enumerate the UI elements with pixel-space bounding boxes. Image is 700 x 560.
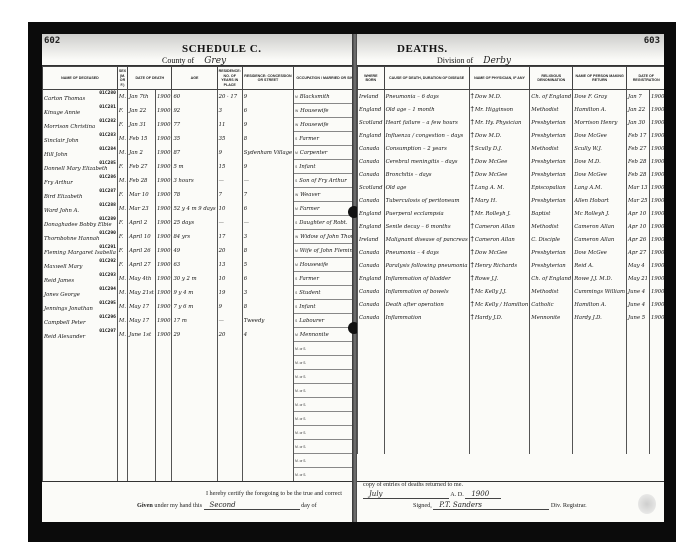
sex: F. (117, 160, 127, 174)
certify-text: I hereby certify the foregoing to be the… (137, 490, 342, 497)
blank-cell (117, 384, 127, 398)
death-date: Feb 15 (128, 132, 156, 146)
blank-cell (469, 363, 530, 376)
blank-row: M. or S. (43, 384, 355, 398)
attending-mark: † (471, 288, 474, 295)
registration-year: 1900 (650, 116, 664, 129)
registration-year: 1900 (650, 246, 664, 259)
blank-cell (128, 454, 156, 468)
registration-date: Jan 7 (627, 90, 650, 104)
registration-year: 1900 (650, 181, 664, 194)
death-year: 1900 (155, 272, 171, 286)
residence-years: 10 (217, 272, 242, 286)
death-year: 1900 (155, 328, 171, 342)
deceased-name-cell: 01C285Donnell Mary Elizabeth (43, 160, 118, 174)
cause-of-death: Paralysis following pneumonia (384, 259, 469, 272)
religion: Methodist (530, 103, 573, 116)
table-row: 01C289Donaghadee Bobby ElbieF.April 2190… (43, 216, 355, 230)
informant: Dow McGee (573, 129, 627, 142)
blank-cell (242, 370, 293, 384)
attending-mark: † (471, 210, 474, 217)
residence-years: — (217, 174, 242, 188)
physician-cell: †Rowe J.J. (469, 272, 530, 285)
occupation-cell: M. or S. (294, 426, 354, 440)
deceased-name: Donaghadee Bobby Elbie (44, 222, 116, 228)
sex: M. (117, 202, 127, 216)
religion: Presbyterian (530, 194, 573, 207)
physician: Cameron Allan (475, 224, 515, 230)
blank-cell (242, 384, 293, 398)
blank-row: M. or S. (43, 342, 355, 356)
blank-cell (43, 440, 118, 454)
blank-cell (217, 356, 242, 370)
deceased-name: Morrison Christina (44, 124, 116, 130)
registration-year: 1900 (650, 220, 664, 233)
blank-row (358, 402, 665, 415)
physician: Mary H. (475, 198, 497, 204)
sex: M. (117, 314, 127, 328)
col-res-years: Residence: No. of Years in Place (217, 67, 242, 90)
blank-cell (172, 412, 217, 426)
blank-row (358, 350, 665, 363)
occupation-cell: SFarmer (294, 272, 354, 286)
physician-cell: †Scully D.J. (469, 142, 530, 155)
blank-row: M. or S. (43, 356, 355, 370)
blank-cell (217, 426, 242, 440)
blank-cell (573, 324, 627, 337)
occupation: Widow of John Thomas (300, 234, 354, 240)
death-date: April 10 (128, 230, 156, 244)
blank-cell (155, 356, 171, 370)
where-born: England (358, 220, 385, 233)
marital-status: W (295, 193, 298, 197)
deceased-name: Ward John A. (44, 208, 116, 214)
death-date: May 17 (128, 300, 156, 314)
death-date: Feb 28 (128, 174, 156, 188)
residence-years: 3 (217, 104, 242, 118)
occupation: Labourer (299, 318, 324, 324)
occupation: Student (299, 290, 320, 296)
physician-cell: †Lang A. M. (469, 181, 530, 194)
deceased-name-cell: 01C292Maxwell Mary (43, 258, 118, 272)
marital-status: W (295, 109, 298, 113)
cause-of-death: Old age – 1 month (384, 103, 469, 116)
occupation: Weaver (300, 192, 320, 198)
marital-status-prefix: M. or S. (295, 375, 306, 379)
marital-status: W (295, 123, 298, 127)
deceased-name-cell: 01C280Carton Thomas (43, 90, 118, 104)
table-row: 01C295Jennings JonathanM.May 1719007 y 6… (43, 300, 355, 314)
blank-cell (217, 370, 242, 384)
age: 3 hours (172, 174, 217, 188)
blank-cell (242, 342, 293, 356)
residence-street: 3 (242, 230, 293, 244)
blank-cell (155, 454, 171, 468)
deceased-name: Bird Elizabeth (44, 194, 116, 200)
blank-cell (358, 337, 385, 350)
informant: Dow M.D. (573, 155, 627, 168)
table-row: CanadaDeath after operation†Mc Kelly / H… (358, 298, 665, 311)
occupation-cell: M. or S. (294, 440, 354, 454)
deceased-name-cell: 01C291Fleming Margaret Isabella (43, 244, 118, 258)
where-born: Canada (358, 311, 385, 324)
informant: Morrison Henry (573, 116, 627, 129)
table-row: IrelandMalignant disease of pancreas†Cam… (358, 233, 665, 246)
cause-of-death: Influenza / congestion – days (384, 129, 469, 142)
blank-row (358, 389, 665, 402)
table-row: CanadaTuberculosis of peritoneum†Mary H.… (358, 194, 665, 207)
age: 49 (172, 244, 217, 258)
blank-cell (155, 468, 171, 482)
blank-cell (117, 370, 127, 384)
registration-date: Feb 28 (627, 155, 650, 168)
attending-mark: † (471, 106, 474, 113)
blank-row: M. or S. (43, 370, 355, 384)
death-date: Mar 23 (128, 202, 156, 216)
deceased-name-cell: 01C294Jones George (43, 286, 118, 300)
physician-cell: †Dow McGee (469, 168, 530, 181)
blank-cell (43, 426, 118, 440)
blank-cell (384, 415, 469, 428)
col-date: Date of Death (128, 67, 172, 90)
informant: Mc Rolleyh J. (573, 207, 627, 220)
table-row: 01C281Kinuge AnnieF.Jan 2219009236WHouse… (43, 104, 355, 118)
schedule-title: SCHEDULE C. (182, 43, 261, 55)
blank-cell (530, 363, 573, 376)
blank-row (358, 441, 665, 454)
death-date: Jan 2 (128, 146, 156, 160)
physician: Dow M.D. (475, 133, 502, 139)
physician: Dow McGee (475, 159, 508, 165)
informant: Scully W.J. (573, 142, 627, 155)
informant: Dow McGee (573, 168, 627, 181)
informant: Hardy J.D. (573, 311, 627, 324)
blank-cell (217, 342, 242, 356)
physician: Mr. Higginson (475, 107, 513, 113)
marital-status: S (295, 305, 297, 309)
blank-cell (172, 468, 217, 482)
registration-date: Apr 26 (627, 233, 650, 246)
given-label: Given (137, 502, 153, 509)
cause-of-death: Inflammation of bladder (384, 272, 469, 285)
residence-street: 3 (242, 286, 293, 300)
blank-cell (650, 363, 664, 376)
marital-status: M (295, 207, 298, 211)
residence-years: 17 (217, 230, 242, 244)
occupation-cell: SSon of Fry Arthur (294, 174, 354, 188)
physician-cell: †Mary H. (469, 194, 530, 207)
blank-cell (242, 440, 293, 454)
residence-street: — (242, 216, 293, 230)
death-date: April 26 (128, 244, 156, 258)
registration-date: June 4 (627, 285, 650, 298)
deceased-name-cell: 01C287Bird Elizabeth (43, 188, 118, 202)
deceased-name: Sinclair John (44, 138, 116, 144)
cause-of-death: Malignant disease of pancreas (384, 233, 469, 246)
deceased-name-cell: 01C284Hill John (43, 146, 118, 160)
year-value: 1900 (465, 490, 501, 499)
residence-street: 9 (242, 90, 293, 104)
residence-street: Tweedy (242, 314, 293, 328)
residence-years: 20 (217, 244, 242, 258)
table-row: 01C282Morrison ChristinaF.Jan 3119007711… (43, 118, 355, 132)
copy-text: copy of entries of deaths returned to me… (363, 481, 653, 488)
age: 35 (172, 132, 217, 146)
blank-cell (384, 350, 469, 363)
deceased-name-cell: 01C297Reid Alexander (43, 328, 118, 342)
blank-cell (627, 350, 650, 363)
religion: Baptist (530, 207, 573, 220)
death-year: 1900 (155, 104, 171, 118)
occupation: Daughter of Robt. (299, 220, 347, 226)
where-born: England (358, 103, 385, 116)
blank-cell (43, 454, 118, 468)
col-cause: Cause of Death, Duration of Disease (384, 67, 469, 90)
deceased-name: Reid James (44, 278, 116, 284)
marital-status: M (295, 95, 298, 99)
where-born: Canada (358, 259, 385, 272)
blank-cell (650, 389, 664, 402)
blank-cell (242, 412, 293, 426)
blank-cell (358, 441, 385, 454)
blank-cell (627, 324, 650, 337)
physician-cell: †Cameron Allan (469, 220, 530, 233)
table-row: IrelandPneumonia – 6 days†Dow M.D.Ch. of… (358, 90, 665, 104)
occupation: Wife of John Fleming (300, 248, 354, 254)
col-name: Name of Deceased (43, 67, 118, 90)
table-row: 01C291Fleming Margaret IsabellaF.April 2… (43, 244, 355, 258)
death-date: April 2 (128, 216, 156, 230)
occupation-cell: M. or S. (294, 342, 354, 356)
col-where-born: Where Born (358, 67, 385, 90)
occupation: Farmer (300, 206, 320, 212)
death-year: 1900 (155, 118, 171, 132)
informant: Cummings William (573, 285, 627, 298)
residence-street: 6 (242, 202, 293, 216)
sex: F. (117, 230, 127, 244)
registration-year: 1900 (650, 272, 664, 285)
registration-date: May 21 (627, 272, 650, 285)
registration-year: 1900 (650, 259, 664, 272)
physician-cell: †Cameron Allan (469, 233, 530, 246)
division-label: Division of (437, 56, 473, 65)
blank-cell (172, 426, 217, 440)
residence-years: 7 (217, 188, 242, 202)
occupation: Mennonite (300, 332, 329, 338)
blank-cell (627, 428, 650, 441)
residence-street: 8 (242, 300, 293, 314)
residence-street: 4 (242, 328, 293, 342)
table-row: EnglandPuerperal ecclampsia†Mr. Rolleyh … (358, 207, 665, 220)
sex: M. (117, 146, 127, 160)
occupation-cell: M. or S. (294, 412, 354, 426)
death-date: Feb 27 (128, 160, 156, 174)
registration-year: 1900 (650, 311, 664, 324)
occupation: Housewife (300, 122, 328, 128)
physician: Dow M.D. (475, 94, 502, 100)
physician: Mr. Rolleyh J. (475, 211, 511, 217)
death-year: 1900 (155, 174, 171, 188)
residence-years: 20 (217, 328, 242, 342)
blank-cell (358, 415, 385, 428)
blank-cell (530, 389, 573, 402)
informant: Hamilton A. (573, 298, 627, 311)
certification-left: I hereby certify the foregoing to be the… (137, 490, 342, 510)
informant: Hamilton A. (573, 103, 627, 116)
religion: Ch. of England (530, 90, 573, 104)
attending-mark: † (471, 301, 474, 308)
blank-cell (128, 440, 156, 454)
blank-cell (155, 384, 171, 398)
physician-cell: †Mc Kelly J.J. (469, 285, 530, 298)
occupation-cell: MHousewife (294, 258, 354, 272)
marital-status: S (295, 165, 297, 169)
day-label: day of (301, 502, 317, 509)
occupation: Farmer (299, 136, 319, 142)
informant: Lang A.M. (573, 181, 627, 194)
blank-cell (384, 441, 469, 454)
blank-cell (43, 384, 118, 398)
right-page: 603 DEATHS. Division of Derby Where Born… (357, 34, 664, 522)
deceased-name-cell: 01C282Morrison Christina (43, 118, 118, 132)
col-occupation: Occupation / Married or Single (294, 67, 354, 90)
occupation-cell: MCarpenter (294, 146, 354, 160)
marital-status: M (295, 151, 298, 155)
where-born: England (358, 129, 385, 142)
death-year: 1900 (155, 188, 171, 202)
residence-street: 8 (242, 244, 293, 258)
footer-rule (42, 481, 354, 482)
where-born: Ireland (358, 233, 385, 246)
sex: F. (117, 244, 127, 258)
marital-status: W (295, 235, 298, 239)
blank-cell (627, 376, 650, 389)
deceased-name: Maxwell Mary (44, 264, 116, 270)
residence-years: 35 (217, 132, 242, 146)
physician: Mr. Hy. Physician (475, 120, 522, 126)
blank-cell (172, 454, 217, 468)
marital-status-prefix: M. or S. (295, 389, 306, 393)
cause-of-death: Cerebral meningitis – days (384, 155, 469, 168)
where-born: Canada (358, 168, 385, 181)
blank-cell (469, 324, 530, 337)
blank-cell (530, 428, 573, 441)
occupation: Infant (299, 304, 315, 310)
registration-date: Apr 27 (627, 246, 650, 259)
religion: Presbyterian (530, 259, 573, 272)
blank-cell (217, 454, 242, 468)
religion: Episcopalian (530, 181, 573, 194)
left-page: 602 SCHEDULE C. County of Grey Name of D… (42, 34, 354, 522)
religion: Methodist (530, 285, 573, 298)
blank-cell (650, 428, 664, 441)
blank-cell (384, 402, 469, 415)
sex: M. (117, 300, 127, 314)
marital-status-prefix: M. or S. (295, 403, 306, 407)
blank-cell (242, 468, 293, 482)
age: 87 (172, 146, 217, 160)
where-born: Canada (358, 194, 385, 207)
physician-cell: †Hardy J.D. (469, 311, 530, 324)
table-row: 01C292Maxwell MaryF.April 27190063135MHo… (43, 258, 355, 272)
deceased-name: Jones George (44, 292, 116, 298)
blank-cell (469, 337, 530, 350)
religion: Presbyterian (530, 168, 573, 181)
attending-mark: † (471, 249, 474, 256)
marital-status-prefix: M. or S. (295, 347, 306, 351)
blank-cell (43, 398, 118, 412)
col-reg-date: Date of Registration (627, 67, 664, 90)
deceased-name-cell: 01C290Thornbohne Hannah (43, 230, 118, 244)
blank-row (358, 363, 665, 376)
occupation: Infant (299, 164, 315, 170)
marital-status: M (295, 249, 298, 253)
blank-cell (573, 441, 627, 454)
registrar-label: Div. Registrar. (551, 502, 587, 509)
blank-cell (627, 415, 650, 428)
occupation-cell: M. or S. (294, 468, 354, 482)
blank-cell (172, 370, 217, 384)
residence-street: 6 (242, 272, 293, 286)
blank-cell (384, 324, 469, 337)
attending-mark: † (471, 93, 474, 100)
death-year: 1900 (155, 132, 171, 146)
blank-cell (384, 428, 469, 441)
religion: Presbyterian (530, 116, 573, 129)
table-row: 01C294Jones GeorgeM.May 21st19009 y 4 m1… (43, 286, 355, 300)
blank-cell (530, 350, 573, 363)
blank-cell (358, 324, 385, 337)
given-text: under my hand this (154, 502, 202, 509)
table-row: 01C287Bird ElizabethF.Mar 1019007877WWea… (43, 188, 355, 202)
age: 63 (172, 258, 217, 272)
blank-cell (128, 412, 156, 426)
certification-right: copy of entries of deaths returned to me… (363, 481, 653, 510)
where-born: Canada (358, 142, 385, 155)
marital-status-prefix: M. or S. (295, 417, 306, 421)
religion: C. Disciple (530, 233, 573, 246)
registration-year: 1900 (650, 129, 664, 142)
informant: Cameron Allan (573, 220, 627, 233)
table-row: ScotlandOld age†Lang A. M.EpiscopalianLa… (358, 181, 665, 194)
deceased-name: Campbell Peter (44, 320, 116, 326)
registration-date: Mar 25 (627, 194, 650, 207)
residence-years: 9 (217, 300, 242, 314)
age: 29 (172, 328, 217, 342)
death-date: Jan 31 (128, 118, 156, 132)
occupation: Son of Fry Arthur (299, 178, 346, 184)
deceased-name-cell: 01C289Donaghadee Bobby Elbie (43, 216, 118, 230)
deceased-name: Hill John (44, 152, 116, 158)
blank-cell (155, 370, 171, 384)
blank-cell (128, 426, 156, 440)
table-row: EnglandInfluenza / congestion – days†Dow… (358, 129, 665, 142)
deceased-name: Donnell Mary Elizabeth (44, 166, 116, 172)
blank-cell (469, 441, 530, 454)
blank-cell (117, 468, 127, 482)
blank-cell (117, 454, 127, 468)
blank-cell (384, 376, 469, 389)
registration-date: June 5 (627, 311, 650, 324)
death-date: Jan 22 (128, 104, 156, 118)
blank-cell (172, 384, 217, 398)
informant: Cameron Allan (573, 233, 627, 246)
blank-cell (43, 370, 118, 384)
residence-street: 9 (242, 118, 293, 132)
attending-mark: † (471, 119, 474, 126)
attending-mark: † (471, 171, 474, 178)
left-register-table: Name of Deceased Sex (M. or F.) Date of … (42, 66, 354, 482)
